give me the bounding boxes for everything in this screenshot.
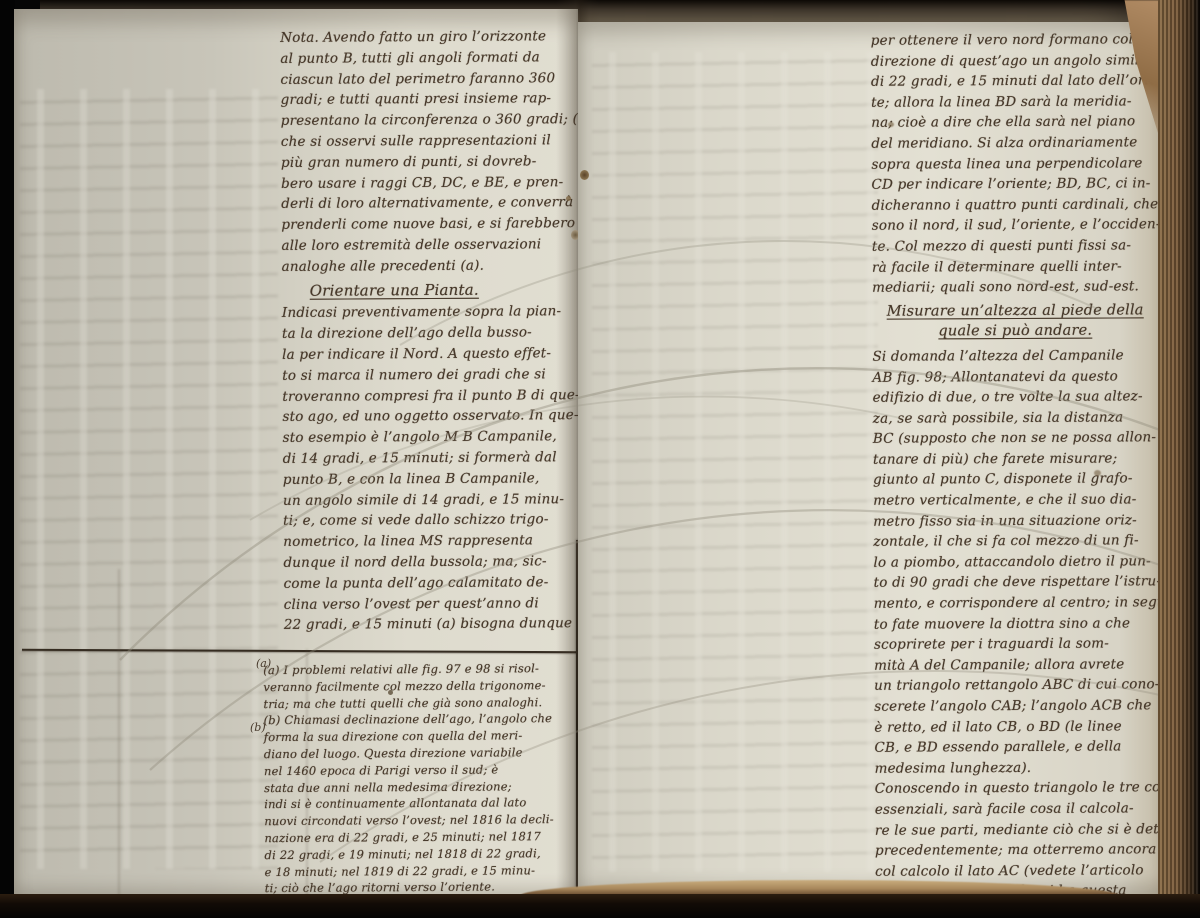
left-note-paragraph: Nota. Avendo fatto un giro l’orizzonteal…	[280, 26, 582, 277]
book-bottom-cover	[0, 894, 1200, 918]
manuscript-line: na; cioè a dire che ella sarà nel piano	[871, 112, 1157, 134]
page-crease	[118, 569, 120, 899]
manuscript-line: prenderli come nuove basi, e si farebber…	[281, 213, 581, 236]
right-section-heading-line1: Misurare un’altezza al piede della	[872, 300, 1158, 322]
manuscript-line: troveranno compresi fra il punto B di qu…	[282, 385, 582, 408]
manuscript-line: to si marca il numero dei gradi che si	[282, 364, 582, 387]
manuscript-line: Si domanda l’altezza del Campanile	[872, 345, 1158, 367]
left-page: Nota. Avendo fatto un giro l’orizzonteal…	[14, 9, 578, 897]
manuscript-line: 22 gradi, e 15 minuti (a) bisogna dunque	[284, 613, 584, 636]
manuscript-line: del meridiano. Si alza ordinariamente	[871, 132, 1157, 154]
left-footnote-block: (a) I problemi relativi alle fig. 97 e 9…	[263, 660, 587, 897]
manuscript-line: scerete l’angolo CAB; l’angolo ACB che	[874, 695, 1160, 717]
manuscript-line: tanare di più) che farete misurare;	[873, 448, 1159, 470]
foxing-spot	[388, 690, 393, 695]
manuscript-line: è retto, ed il lato CB, o BD (le linee	[874, 716, 1160, 738]
manuscript-line: CD per indicare l’oriente; BD, BC, ci in…	[871, 173, 1157, 195]
foxing-spot	[1094, 470, 1101, 476]
manuscript-line: per ottenere il vero nord formano colla	[871, 29, 1157, 51]
manuscript-line: precedentemente; ma otterremo ancora	[875, 839, 1161, 861]
left-body-paragraph: Indicasi preventivamente sopra la pian-t…	[282, 301, 584, 636]
manuscript-line: di 22 gradi, e 19 minuti; nel 1818 di 22…	[264, 845, 586, 864]
manuscript-line: lo a piombo, attaccandolo dietro il pun-	[873, 551, 1159, 573]
right-page: 35 per ottenere il vero nord formano col…	[578, 22, 1166, 896]
right-paragraph-1: per ottenere il vero nord formano collad…	[871, 29, 1158, 298]
manuscript-line: sto ago, ed uno oggetto osservato. In qu…	[282, 405, 582, 428]
manuscript-line: di 22 gradi, e 15 minuti dal lato dell’o…	[871, 70, 1157, 92]
manuscript-line: la per indicare il Nord. A questo effet-	[282, 343, 582, 366]
manuscript-line: sto esempio è l’angolo M B Campanile,	[283, 426, 583, 449]
right-page-text-column: per ottenere il vero nord formano collad…	[871, 29, 1162, 902]
manuscript-line: più gran numero di punti, si dovreb-	[281, 151, 581, 174]
manuscript-line: AB fig. 98; Allontanatevi da questo	[872, 366, 1158, 388]
manuscript-line: (b) Chiamasi declinazione dell’ago, l’an…	[264, 710, 586, 729]
manuscript-line: ti; e, come si vede dallo schizzo trigo-	[283, 509, 583, 532]
manuscript-line: metro verticalmente, e che il suo dia-	[873, 489, 1159, 511]
manuscript-line: te. Col mezzo di questi punti fissi sa-	[872, 235, 1158, 257]
photo-left-border	[0, 0, 15, 918]
manuscript-line: te; allora la linea BD sarà la meridia-	[871, 91, 1157, 113]
manuscript-line: alle loro estremità delle osservazioni	[281, 234, 581, 257]
manuscript-line: presentano la circonferenza o 360 gradi;…	[281, 109, 581, 132]
manuscript-line: metro fisso sia in una situazione oriz-	[873, 510, 1159, 532]
manuscript-line: nometrico, la linea MS rappresenta	[283, 530, 583, 553]
manuscript-line: (a) I problemi relativi alle fig. 97 e 9…	[263, 660, 585, 679]
manuscript-line: zontale, il che si fa col mezzo di un fi…	[873, 531, 1159, 553]
manuscript-line: nazione era di 22 gradi, e 25 minuti; ne…	[264, 828, 586, 847]
manuscript-line: za, se sarà possibile, sia la distanza	[873, 407, 1159, 429]
manuscript-line: analoghe alle precedenti (a).	[282, 255, 582, 278]
manuscript-line: giunto al punto C, disponete il grafo-	[873, 469, 1159, 491]
manuscript-line: Indicasi preventivamente sopra la pian-	[282, 301, 582, 324]
manuscript-line: BC (supposto che non se ne possa allon-	[873, 428, 1159, 450]
ink-stain	[580, 170, 589, 180]
manuscript-line: scoprirete per i traguardi la som-	[874, 633, 1160, 655]
left-section-heading: Orientare una Pianta.	[310, 279, 582, 301]
right-page-showthrough-text	[592, 52, 878, 872]
manuscript-line: Nota. Avendo fatto un giro l’orizzonte	[280, 26, 580, 49]
manuscript-line: dicheranno i quattro punti cardinali, ch…	[872, 194, 1158, 216]
right-paragraph-2: Si domanda l’altezza del CampanileAB fig…	[872, 345, 1160, 779]
manuscript-line: mità A del Campanile; allora avrete	[874, 654, 1160, 676]
manuscript-line: di 14 gradi, e 15 minuti; si formerà dal	[283, 447, 583, 470]
manuscript-line: mediarii; quali sono nord-est, sud-est.	[872, 276, 1158, 298]
manuscript-line: essenziali, sarà facile cosa il calcola-	[875, 798, 1161, 820]
manuscript-line: Conoscendo in questo triangolo le tre co…	[875, 778, 1161, 800]
manuscript-line: re le sue parti, mediante ciò che si è d…	[875, 819, 1161, 841]
manuscript-line: medesima lunghezza).	[875, 757, 1161, 779]
manuscript-line: un angolo simile di 14 gradi, e 15 minu-	[283, 489, 583, 512]
manuscript-line: derli di loro alternativamente, e conver…	[281, 192, 581, 215]
manuscript-line: ta la direzione dell’ago della busso-	[282, 322, 582, 345]
manuscript-line: che si osservi sulle rappresentazioni il	[281, 130, 581, 153]
manuscript-line: sopra questa linea una perpendicolare	[871, 153, 1157, 175]
left-page-text-column: Nota. Avendo fatto un giro l’orizzonteal…	[280, 26, 584, 636]
manuscript-line: un triangolo rettangolo ABC di cui cono-	[874, 675, 1160, 697]
manuscript-line: mento, e corrispondere al centro; in seg…	[874, 592, 1160, 614]
manuscript-line: bero usare i raggi CB, DC, e BE, e pren-	[281, 172, 581, 195]
page-crease	[306, 649, 308, 899]
manuscript-line: veranno facilmente col mezzo della trigo…	[263, 677, 585, 696]
manuscript-line: to di 90 gradi che deve rispettare l’ist…	[874, 572, 1160, 594]
manuscript-line: punto B, e con la linea B Campanile,	[283, 468, 583, 491]
manuscript-line: col calcolo il lato AC (vedete l’articol…	[875, 860, 1161, 882]
foxing-spot	[566, 196, 571, 201]
manuscript-line: ciascun lato del perimetro faranno 360	[280, 68, 580, 91]
foxing-spot	[888, 122, 894, 127]
manuscript-line: dunque il nord della bussola; ma, sic-	[283, 551, 583, 574]
manuscript-line: edifizio di due, o tre volte la sua alte…	[873, 386, 1159, 408]
manuscript-line: CB, e BD essendo parallele, e della	[874, 736, 1160, 758]
manuscript-line: come la punta dell’ago calamitato de-	[283, 572, 583, 595]
manuscript-line: gradi; e tutti quanti presi insieme rap-	[281, 88, 581, 111]
manuscript-line: sono il nord, il sud, l’oriente, e l’occ…	[872, 215, 1158, 237]
left-page-showthrough-text	[20, 89, 278, 869]
page-stack-fore-edge	[1158, 0, 1200, 918]
manuscript-line: al punto B, tutti gli angoli formati da	[280, 47, 580, 70]
right-section-heading-line2: quale si può andare.	[872, 321, 1158, 343]
manuscript-photo: Nota. Avendo fatto un giro l’orizzonteal…	[0, 0, 1200, 918]
manuscript-line: rà facile il determinare quelli inter-	[872, 256, 1158, 278]
manuscript-line: to fate muovere la diottra sino a che	[874, 613, 1160, 635]
manuscript-line: clina verso l’ovest per quest’anno di	[284, 593, 584, 616]
manuscript-line: direzione di quest’ago un angolo simile	[871, 50, 1157, 72]
